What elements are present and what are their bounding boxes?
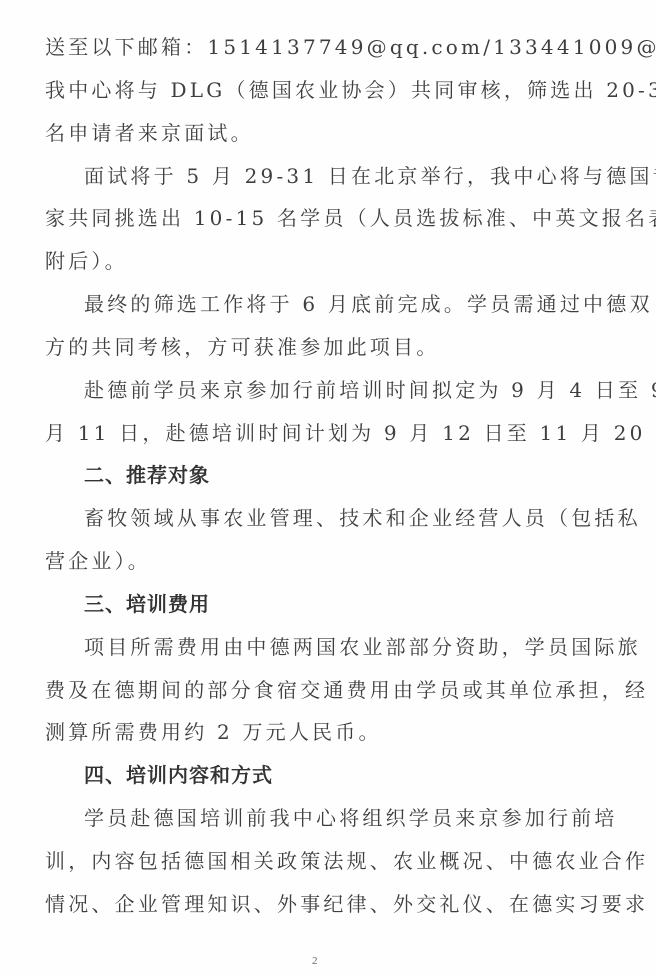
final-line-1: 最终的筛选工作将于 6 月底前完成。学员需通过中德双 bbox=[84, 291, 653, 317]
section-heading-recommended-candidates: 二、推荐对象 bbox=[84, 462, 210, 488]
fee-line-1: 项目所需费用由中德两国农业部部分资助，学员国际旅 bbox=[84, 634, 641, 660]
target-line-2: 营企业）。 bbox=[45, 548, 151, 574]
section-heading-training-content: 四、培训内容和方式 bbox=[84, 762, 273, 788]
review-line-1: 我中心将与 DLG（德国农业协会）共同审核，筛选出 20-30 bbox=[45, 77, 656, 103]
page-number: 2 bbox=[312, 955, 318, 967]
content-line-3: 情况、企业管理知识、外事纪律、外交礼仪、在德实习要求 bbox=[45, 891, 648, 917]
interview-line-2: 家共同挑选出 10-15 名学员（人员选拔标准、中英文报名表 bbox=[45, 205, 656, 231]
interview-line-3: 附后）。 bbox=[45, 248, 128, 274]
final-line-2: 方的共同考核，方可获准参加此项目。 bbox=[45, 334, 439, 360]
email-line: 送至以下邮箱：1514137749@qq.com/133441009@qq.co… bbox=[45, 34, 656, 60]
interview-line-1: 面试将于 5 月 29-31 日在北京举行，我中心将与德国专 bbox=[84, 163, 656, 189]
fee-line-3: 测算所需费用约 2 万元人民币。 bbox=[45, 719, 382, 745]
content-line-2: 训，内容包括德国相关政策法规、农业概况、中德农业合作 bbox=[45, 848, 648, 874]
fee-line-2: 费及在德期间的部分食宿交通费用由学员或其单位承担，经 bbox=[45, 677, 648, 703]
section-heading-training-fees: 三、培训费用 bbox=[84, 591, 210, 617]
document-page: 送至以下邮箱：1514137749@qq.com/133441009@qq.co… bbox=[0, 0, 656, 975]
schedule-line-2: 月 11 日，赴德培训时间计划为 9 月 12 日至 11 月 20 日。 bbox=[45, 420, 656, 446]
review-line-2: 名申请者来京面试。 bbox=[45, 120, 254, 146]
schedule-line-1: 赴德前学员来京参加行前培训时间拟定为 9 月 4 日至 9 bbox=[84, 377, 656, 403]
content-line-1: 学员赴德国培训前我中心将组织学员来京参加行前培 bbox=[84, 805, 618, 831]
target-line-1: 畜牧领域从事农业管理、技术和企业经营人员（包括私 bbox=[84, 505, 641, 531]
